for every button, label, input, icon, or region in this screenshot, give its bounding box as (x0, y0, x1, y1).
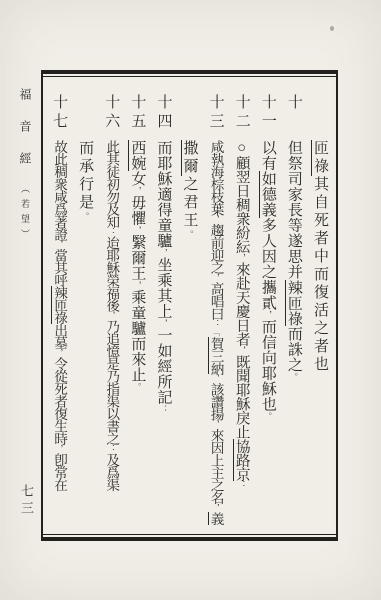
verse-text: 撒爾之君王。 (176, 140, 202, 535)
proper-name: 匝祿 (311, 140, 328, 176)
verse-text: 而耶穌適得童驢，坐乘其上，一如經所記： (150, 140, 176, 535)
proper-name: 西婉 (128, 140, 145, 171)
punctuation: ， (211, 274, 221, 283)
verse-text: 故此稠衆咸爲著證，當其呼辣匝祿出墓，令從死者復生時，卽常在 (46, 140, 72, 535)
page-number: 七三 (17, 484, 36, 534)
text-column: 十六此其徒初勿及知：迨耶穌榮福後，乃追憶是乃指渠以書之：及爲渠 (98, 74, 124, 537)
punctuation: 。 (132, 383, 142, 392)
text-column: 而承行是。 (72, 74, 98, 537)
text-column: 十但祭司家長等遂思并辣匝祿而誅之。 (281, 74, 307, 537)
proper-name: 辣匝祿 (51, 286, 67, 324)
punctuation: 。 (185, 230, 195, 239)
punctuation: ： (106, 445, 116, 454)
verse-text: 而承行是。 (72, 140, 98, 535)
punctuation: 。 (80, 212, 90, 221)
scan-speck (330, 26, 334, 31)
punctuation: ， (237, 254, 247, 263)
punctuation: ： (106, 228, 116, 237)
punctuation: ， (237, 346, 247, 355)
text-column: 十七故此稠衆咸爲著證，當其呼辣匝祿出墓，令從死者復生時，卽常在 (46, 74, 72, 537)
punctuation: ， (54, 349, 64, 358)
text-column: 十二○顧翌日稠衆紛紜，來赴天慶日者，既聞耶穌戾止協路京： (229, 74, 255, 537)
proper-name: 如德義 (259, 171, 276, 218)
proper-name: 義 (208, 512, 224, 525)
punctuation: 。 (289, 373, 299, 382)
verse-text: 此其徒初勿及知：迨耶穌榮福後，乃追憶是乃指渠以書之：及爲渠 (98, 140, 124, 535)
verse-text: 西婉女，毋懼，繄爾王，乘童驢而來止。 (124, 140, 150, 535)
running-title: 福音經（若望） (17, 88, 34, 258)
punctuation: 。 (263, 412, 273, 421)
text-column: 匝祿其自死者中而復活之者也 (307, 74, 333, 537)
punctuation: ， (158, 319, 168, 328)
punctuation: ， (263, 311, 273, 320)
text-column: 十五西婉女，毋懼，繄爾王，乘童驢而來止。 (124, 74, 150, 537)
text-frame: 匝祿其自死者中而復活之者也十但祭司家長等遂思并辣匝祿而誅之。十一以有如德義多人因… (41, 70, 338, 541)
text-column: 撒爾之君王。 (176, 74, 202, 537)
punctuation: ， (211, 215, 221, 224)
text-column: 十四而耶穌適得童驢，坐乘其上，一如經所記： (150, 74, 176, 537)
punctuation: ， (211, 504, 221, 513)
punctuation: ： (158, 405, 168, 414)
verse-text: 匝祿其自死者中而復活之者也 (307, 140, 333, 535)
punctuation: ， (211, 374, 221, 383)
punctuation: ， (54, 240, 64, 249)
punctuation: ， (132, 187, 142, 196)
book-page: 福音經（若望） 七三 匝祿其自死者中而復活之者也十但祭司家長等遂思并辣匝祿而誅之… (0, 0, 381, 600)
punctuation: ， (132, 281, 142, 290)
proper-name: 協路京 (233, 439, 250, 481)
verse-text: 咸執海棕枝葉，趨前迎之，高唱曰：「賀三納，該讚揚，來因上主之名，義 (203, 140, 229, 535)
verse-text: ○顧翌日稠衆紛紜，來赴天慶日者，既聞耶穌戾止協路京： (229, 140, 255, 535)
running-title-main: 福音經 (18, 88, 32, 184)
proper-name: 賀三納 (208, 337, 224, 375)
verse-text: 但祭司家長等遂思并辣匝祿而誅之。 (281, 140, 307, 535)
punctuation: ， (158, 249, 168, 258)
proper-name: 辣匝祿 (285, 280, 302, 327)
proper-name: 撒爾 (181, 140, 198, 176)
punctuation: ： (211, 320, 221, 329)
verse-text: 以有如德義多人因之攜貳，而信向耶穌也。 (255, 140, 281, 535)
text-column: 十三咸執海棕枝葉，趨前迎之，高唱曰：「賀三納，該讚揚，來因上主之名，義 (203, 74, 229, 537)
punctuation: ， (132, 226, 142, 235)
punctuation: ， (211, 420, 221, 429)
punctuation: ， (54, 445, 64, 454)
punctuation: ： (237, 481, 247, 490)
text-column: 十一以有如德義多人因之攜貳，而信向耶穌也。 (255, 74, 281, 537)
punctuation: ， (106, 311, 116, 320)
text-columns: 匝祿其自死者中而復活之者也十但祭司家長等遂思并辣匝祿而誅之。十一以有如德義多人因… (46, 74, 333, 537)
running-title-sub: （若望） (20, 184, 30, 244)
punctuation: 「 (211, 328, 221, 337)
